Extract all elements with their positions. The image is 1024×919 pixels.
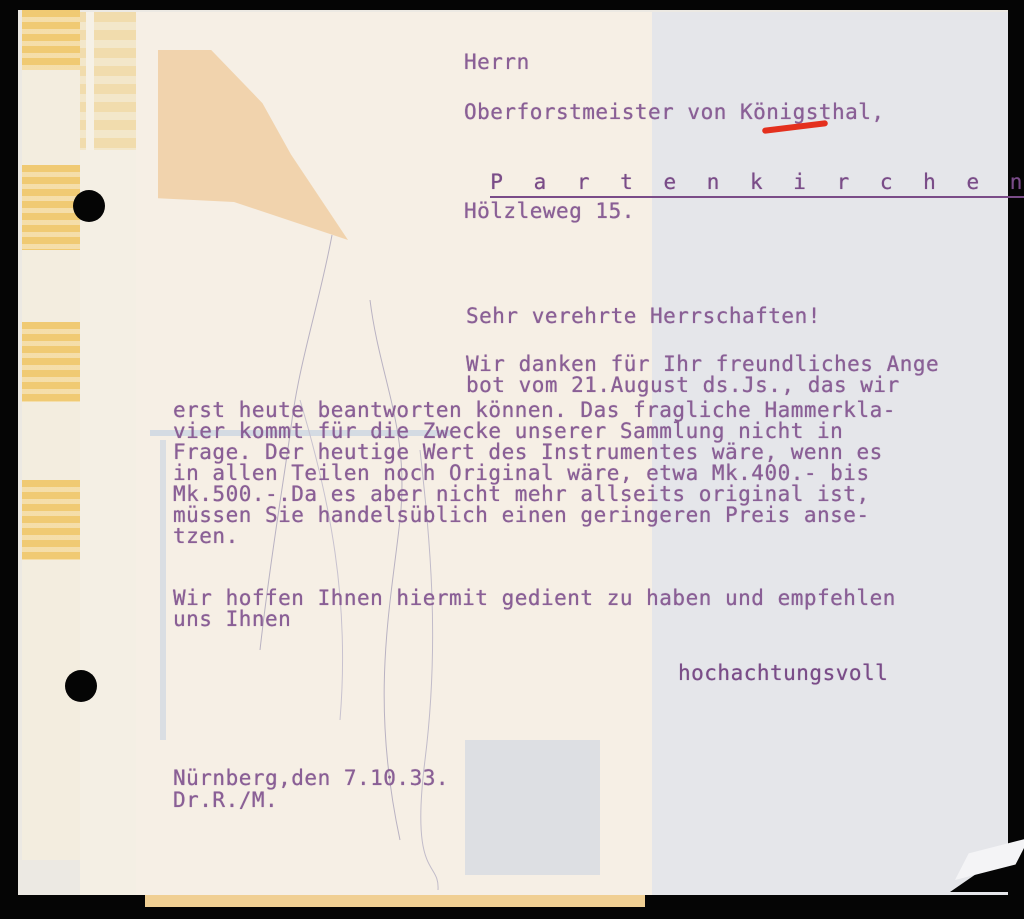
closing: hochachtungsvoll — [678, 663, 888, 684]
body-line: in allen Teilen noch Original wäre, etwa… — [173, 463, 870, 484]
body-line: tzen. — [173, 526, 239, 547]
body-line: Wir hoffen Ihnen hiermit gedient zu habe… — [173, 588, 896, 609]
reference-initials: Dr.R./M. — [173, 790, 278, 811]
address-city-name: P a r t e n k i r c h e n — [490, 170, 1024, 198]
address-salutation: Herrn — [464, 52, 530, 73]
body-line: Wir danken für Ihr freundliches Ange — [466, 354, 939, 375]
address-city: P a r t e n k i r c h e n/i.Oberb. — [464, 151, 1024, 193]
body-line: uns Ihnen — [173, 609, 291, 630]
body-line: bot vom 21.August ds.Js., das wir — [466, 375, 900, 396]
body-line: erst heute beantworten können. Das fragl… — [173, 400, 896, 421]
body-line: Frage. Der heutige Wert des Instrumentes… — [173, 442, 883, 463]
greeting: Sehr verehrte Herrschaften! — [466, 306, 821, 327]
body-line: müssen Sie handelsüblich einen geringere… — [173, 505, 870, 526]
body-line: vier kommt für die Zwecke unserer Sammlu… — [173, 421, 843, 442]
place-date: Nürnberg,den 7.10.33. — [173, 768, 449, 789]
body-line: Mk.500.-.Da es aber nicht mehr allseits … — [173, 484, 870, 505]
address-street: Hölzleweg 15. — [464, 201, 635, 222]
